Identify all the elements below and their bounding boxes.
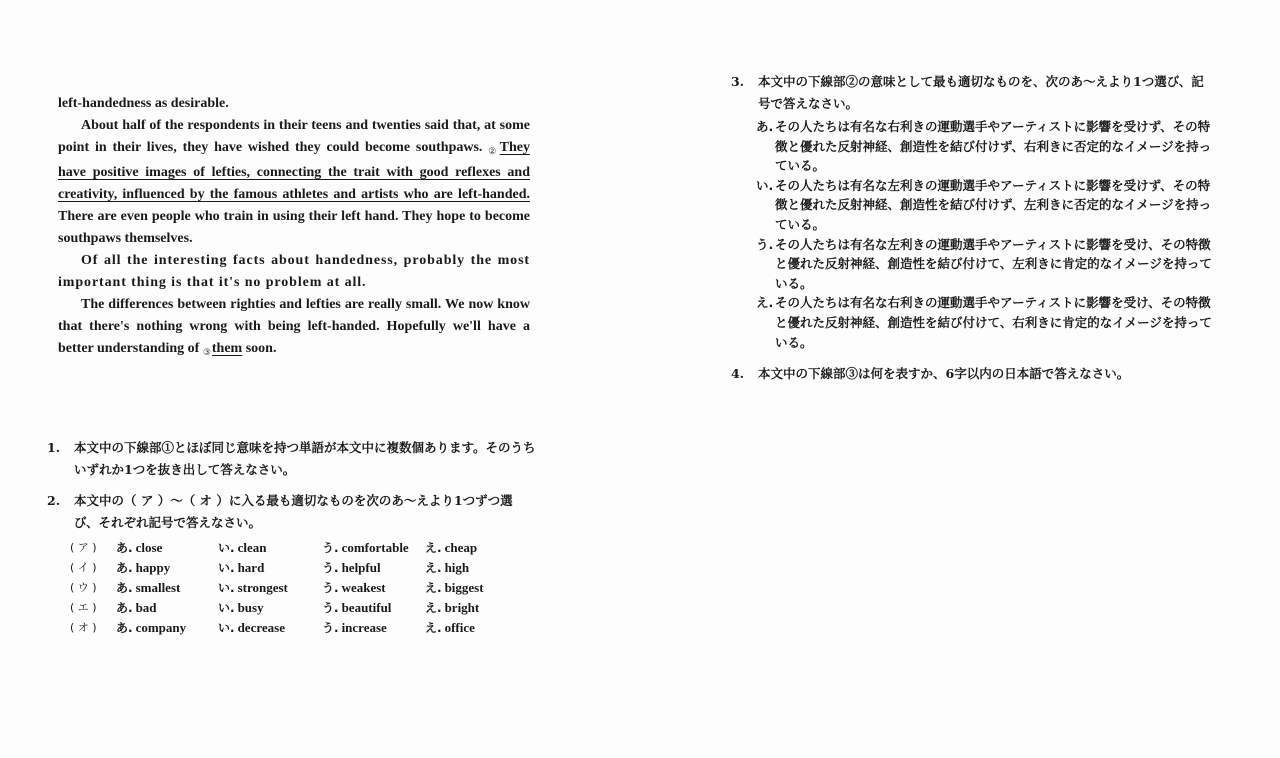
choice-row-u: ( ウ ) あ.smallest い.strongest う.weakest え… bbox=[70, 578, 505, 598]
option-a: あ.close bbox=[116, 538, 218, 558]
blank-label: ( ア ) bbox=[70, 538, 116, 558]
option-mark: え. bbox=[425, 618, 442, 638]
option-word: bad bbox=[136, 598, 157, 618]
option-u: う.increase bbox=[322, 618, 425, 638]
option-mark: う. bbox=[322, 538, 339, 558]
option-mark: い. bbox=[218, 578, 235, 598]
option-word: biggest bbox=[445, 578, 484, 598]
underline-marker-3: ③ bbox=[203, 347, 211, 357]
option-u: う.comfortable bbox=[322, 538, 425, 558]
option-mark: い. bbox=[218, 558, 235, 578]
blank-label: ( イ ) bbox=[70, 558, 116, 578]
option-mark: う. bbox=[322, 578, 339, 598]
q3-option-a: あ. その人たちは有名な右利きの運動選手やアーティストに影響を受けず、その特徴と… bbox=[756, 117, 1216, 176]
q3-option-u: う. その人たちは有名な左利きの運動選手やアーティストに影響を受け、その特徴と優… bbox=[756, 235, 1216, 294]
question-text: 本文中の（ ア ）～（ オ ）に入る最も適切なものを次のあ～えより1つずつ選び、… bbox=[74, 490, 537, 534]
passage-text: There are even people who train in using… bbox=[58, 209, 530, 246]
choice-row-a: ( ア ) あ.close い.clean う.comfortable え.ch… bbox=[70, 538, 505, 558]
option-word: smallest bbox=[136, 578, 181, 598]
option-mark: え. bbox=[756, 293, 773, 313]
option-text: その人たちは有名な右利きの運動選手やアーティストに影響を受けず、その特徴と優れた… bbox=[775, 119, 1211, 173]
option-mark: あ. bbox=[116, 578, 133, 598]
option-mark: え. bbox=[425, 558, 442, 578]
option-text: その人たちは有名な右利きの運動選手やアーティストに影響を受け、その特徴と優れた反… bbox=[775, 295, 1212, 349]
question-2: 2. 本文中の（ ア ）～（ オ ）に入る最も適切なものを次のあ～えより1つずつ… bbox=[47, 490, 537, 534]
option-a: あ.company bbox=[116, 618, 218, 638]
option-word: happy bbox=[136, 558, 171, 578]
option-a: あ.happy bbox=[116, 558, 218, 578]
option-u: う.helpful bbox=[322, 558, 425, 578]
question-number: 1. bbox=[47, 437, 67, 459]
option-word: comfortable bbox=[342, 538, 409, 558]
option-e: え.cheap bbox=[425, 538, 505, 558]
option-a: あ.bad bbox=[116, 598, 218, 618]
option-e: え.office bbox=[425, 618, 505, 638]
question-number: 4. bbox=[731, 363, 751, 385]
blank-label: ( オ ) bbox=[70, 618, 116, 638]
option-mark: う. bbox=[756, 235, 773, 255]
option-mark: え. bbox=[425, 538, 442, 558]
passage-paragraph-0: left-handedness as desirable. bbox=[58, 93, 530, 115]
option-word: helpful bbox=[342, 558, 381, 578]
option-word: beautiful bbox=[342, 598, 392, 618]
option-word: cheap bbox=[445, 538, 478, 558]
question-3: 3. 本文中の下線部②の意味として最も適切なものを、次のあ～えより1つ選び、記号… bbox=[731, 71, 1216, 115]
choice-row-o: ( オ ) あ.company い.decrease う.increase え.… bbox=[70, 618, 505, 638]
option-u: う.weakest bbox=[322, 578, 425, 598]
question-number: 3. bbox=[731, 71, 751, 93]
option-mark: う. bbox=[322, 618, 339, 638]
option-mark: い. bbox=[756, 176, 773, 196]
choice-row-i: ( イ ) あ.happy い.hard う.helpful え.high bbox=[70, 558, 505, 578]
q3-option-e: え. その人たちは有名な右利きの運動選手やアーティストに影響を受け、その特徴と優… bbox=[756, 293, 1216, 352]
choice-row-e: ( エ ) あ.bad い.busy う.beautiful え.bright bbox=[70, 598, 505, 618]
option-i: い.busy bbox=[218, 598, 322, 618]
option-word: close bbox=[136, 538, 163, 558]
option-mark: あ. bbox=[116, 618, 133, 638]
passage-paragraph-2: Of all the interesting facts about hande… bbox=[58, 250, 530, 294]
option-mark: あ. bbox=[116, 558, 133, 578]
choice-table: ( ア ) あ.close い.clean う.comfortable え.ch… bbox=[70, 538, 505, 638]
option-word: high bbox=[445, 558, 470, 578]
reading-passage: left-handedness as desirable. About half… bbox=[58, 93, 530, 363]
option-e: え.high bbox=[425, 558, 505, 578]
option-mark: あ. bbox=[756, 117, 773, 137]
underlined-passage-3: them bbox=[212, 341, 242, 356]
blank-label: ( ウ ) bbox=[70, 578, 116, 598]
option-mark: あ. bbox=[116, 538, 133, 558]
option-word: increase bbox=[342, 618, 387, 638]
question-3-options: あ. その人たちは有名な右利きの運動選手やアーティストに影響を受けず、その特徴と… bbox=[756, 117, 1216, 352]
passage-text: The differences between righties and lef… bbox=[58, 297, 530, 356]
underline-marker-2: ② bbox=[488, 146, 498, 156]
option-word: company bbox=[136, 618, 187, 638]
option-i: い.decrease bbox=[218, 618, 322, 638]
option-text: その人たちは有名な左利きの運動選手やアーティストに影響を受け、その特徴と優れた反… bbox=[775, 237, 1212, 291]
option-mark: い. bbox=[218, 598, 235, 618]
option-word: strongest bbox=[238, 578, 288, 598]
option-i: い.hard bbox=[218, 558, 322, 578]
option-mark: い. bbox=[218, 538, 235, 558]
blank-label: ( エ ) bbox=[70, 598, 116, 618]
question-text: 本文中の下線部②の意味として最も適切なものを、次のあ～えより1つ選び、記号で答え… bbox=[758, 71, 1216, 115]
question-text: 本文中の下線部③は何を表すか、6字以内の日本語で答えなさい。 bbox=[758, 363, 1216, 385]
option-word: busy bbox=[238, 598, 264, 618]
question-1: 1. 本文中の下線部①とほぼ同じ意味を持つ単語が本文中に複数個あります。そのうち… bbox=[47, 437, 537, 481]
passage-paragraph-3: The differences between righties and lef… bbox=[58, 294, 530, 363]
q3-option-i: い. その人たちは有名な左利きの運動選手やアーティストに影響を受けず、その特徴と… bbox=[756, 176, 1216, 235]
passage-paragraph-1: About half of the respondents in their t… bbox=[58, 115, 530, 250]
passage-text: About half of the respondents in their t… bbox=[58, 118, 530, 155]
option-a: あ.smallest bbox=[116, 578, 218, 598]
option-mark: う. bbox=[322, 598, 339, 618]
passage-text: soon. bbox=[242, 341, 276, 356]
option-word: office bbox=[445, 618, 475, 638]
option-u: う.beautiful bbox=[322, 598, 425, 618]
option-text: その人たちは有名な左利きの運動選手やアーティストに影響を受けず、その特徴と優れた… bbox=[775, 178, 1211, 232]
option-word: decrease bbox=[238, 618, 285, 638]
option-i: い.strongest bbox=[218, 578, 322, 598]
question-number: 2. bbox=[47, 490, 67, 512]
option-mark: え. bbox=[425, 598, 442, 618]
option-mark: え. bbox=[425, 578, 442, 598]
option-mark: い. bbox=[218, 618, 235, 638]
option-mark: う. bbox=[322, 558, 339, 578]
option-e: え.biggest bbox=[425, 578, 505, 598]
question-4: 4. 本文中の下線部③は何を表すか、6字以内の日本語で答えなさい。 bbox=[731, 363, 1216, 385]
option-word: bright bbox=[445, 598, 480, 618]
question-text: 本文中の下線部①とほぼ同じ意味を持つ単語が本文中に複数個あります。そのうちいずれ… bbox=[74, 437, 537, 481]
option-word: weakest bbox=[342, 578, 386, 598]
option-word: hard bbox=[238, 558, 265, 578]
option-mark: あ. bbox=[116, 598, 133, 618]
option-i: い.clean bbox=[218, 538, 322, 558]
option-e: え.bright bbox=[425, 598, 505, 618]
option-word: clean bbox=[238, 538, 267, 558]
left-page: left-handedness as desirable. About half… bbox=[0, 0, 640, 758]
